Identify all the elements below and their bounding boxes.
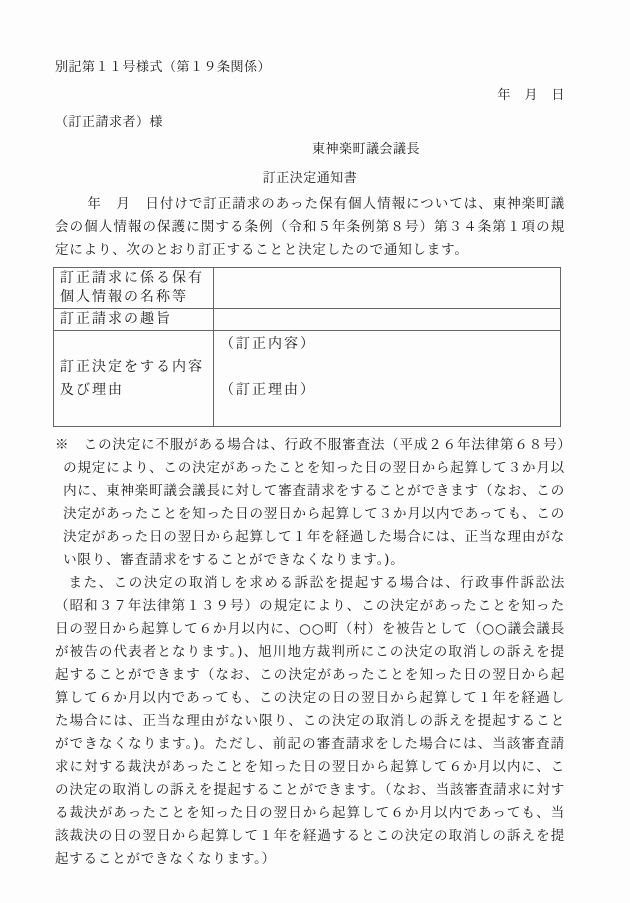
correction-reason-label: （訂正理由） [220,379,554,402]
addressee: （訂正請求者）様 [55,112,565,134]
note-paragraph-appeal: ※ この決定に不服がある場合は、行政不服審査法（平成２６年法律第６８号）の規定に… [55,434,565,572]
document-title: 訂正決定通知書 [55,168,565,190]
row-label-held-info-name: 訂正請求に係る保有個人情報の名称等 [54,268,214,309]
form-number: 別記第１１号様式（第１９条関係） [55,57,565,79]
body-paragraph: 年 月 日付けで訂正請求のあった保有個人情報については、東神楽町議会の個人情報の… [55,193,565,262]
row-label-request-purport: 訂正請求の趣旨 [54,309,214,331]
note-paragraph-lawsuit: また、この決定の取消しを求める訴訟を提起する場合は、行政事件訴訟法（昭和３７年法… [55,572,565,871]
row-value-held-info-name [214,268,561,309]
notes-section: ※ この決定に不服がある場合は、行政不服審査法（平成２６年法律第６８号）の規定に… [55,434,565,871]
row-value-decision-content: （訂正内容） （訂正理由） [214,331,561,427]
table-row-held-info-name: 訂正請求に係る保有個人情報の名称等 [54,268,561,309]
document-page: 別記第１１号様式（第１９条関係） 年 月 日 （訂正請求者）様 東神楽町議会議長… [0,0,630,903]
correction-content-label: （訂正内容） [220,333,554,356]
correction-content-blank [220,356,554,379]
sender: 東神楽町議会議長 [55,139,565,161]
table-row-request-purport: 訂正請求の趣旨 [54,309,561,331]
row-value-request-purport [214,309,561,331]
correction-reason-blank [220,402,554,425]
correction-info-table: 訂正請求に係る保有個人情報の名称等 訂正請求の趣旨 訂正決定をする内容及び理由 … [53,267,561,427]
table-row-decision-content: 訂正決定をする内容及び理由 （訂正内容） （訂正理由） [54,331,561,427]
date-line: 年 月 日 [55,85,565,107]
row-label-decision-content: 訂正決定をする内容及び理由 [54,331,214,427]
